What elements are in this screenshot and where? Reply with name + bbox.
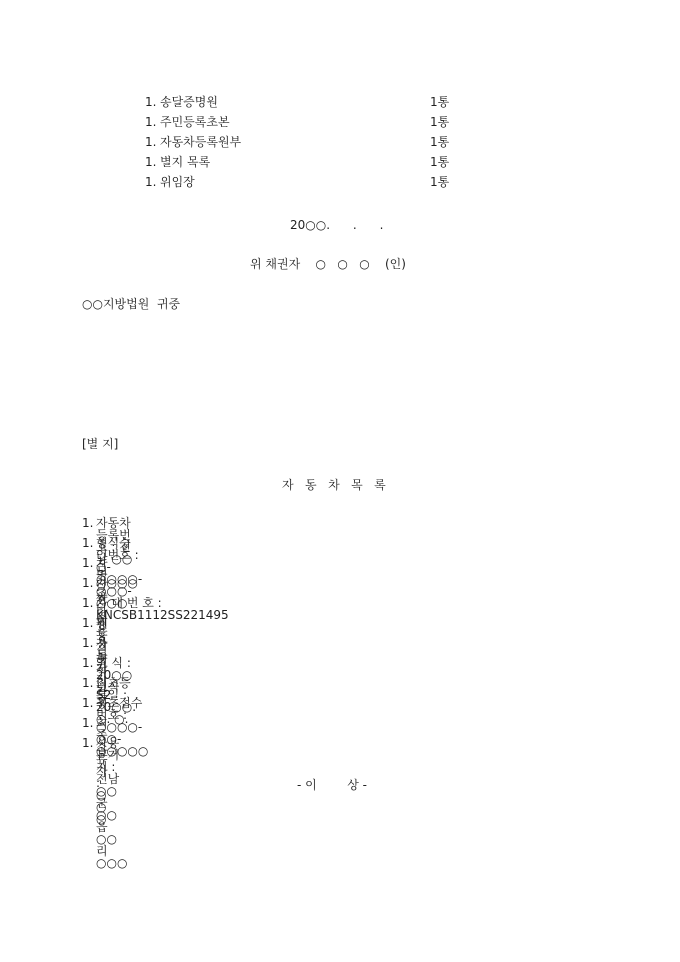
principal-location: 사용본거지 : 전남 ○○군 ○○읍 ○○리 ○○○: [96, 737, 127, 869]
item-quantity: 1통: [430, 96, 449, 108]
item-number: 1.: [82, 657, 93, 669]
annex-label: [별 지]: [82, 438, 118, 450]
item-number: 1.: [82, 597, 93, 609]
list-item: 1. 송달증명원 1통: [145, 96, 455, 112]
item-number: 1.: [82, 557, 93, 569]
item-quantity: 1통: [430, 116, 449, 128]
item-number: 1.: [145, 116, 156, 128]
item-number: 1.: [145, 136, 156, 148]
item-quantity: 1통: [430, 156, 449, 168]
item-label: 송달증명원: [160, 96, 218, 108]
item-label: 주민등록초본: [160, 116, 230, 128]
item-number: 1.: [82, 537, 93, 549]
item-number: 1.: [82, 517, 93, 529]
item-label: 위임장: [160, 176, 195, 188]
item-number: 1.: [82, 737, 93, 749]
item-number: 1.: [145, 156, 156, 168]
list-item: 1. 주민등록초본 1통: [145, 116, 455, 132]
item-number: 1.: [145, 176, 156, 188]
item-number: 1.: [82, 617, 93, 629]
end-mark: - 이 상 -: [297, 779, 367, 791]
chassis-number: 차 대 번 호 : KNCSB1112SS221495: [96, 597, 229, 621]
item-number: 1.: [82, 717, 93, 729]
item-quantity: 1통: [430, 176, 449, 188]
creditor-signature-line: 위 채권자 ○ ○ ○ (인): [250, 258, 406, 270]
item-number: 1.: [82, 697, 93, 709]
item-number: 1.: [82, 637, 93, 649]
list-item: 1. 별지 목록 1통: [145, 156, 455, 172]
item-number: 1.: [145, 96, 156, 108]
list-item: 1. 자동차등록원부 1통: [145, 136, 455, 152]
list-item: 1. 위임장 1통: [145, 176, 455, 192]
item-label: 별지 목록: [160, 156, 210, 168]
court-addressee: ○○지방법원 귀중: [82, 298, 180, 310]
item-number: 1.: [82, 677, 93, 689]
annex-title: 자 동 차 목 록: [282, 479, 386, 491]
date-line: 20○○. . .: [290, 219, 383, 231]
item-quantity: 1통: [430, 136, 449, 148]
item-label: 자동차등록원부: [160, 136, 241, 148]
item-number: 1.: [82, 577, 93, 589]
